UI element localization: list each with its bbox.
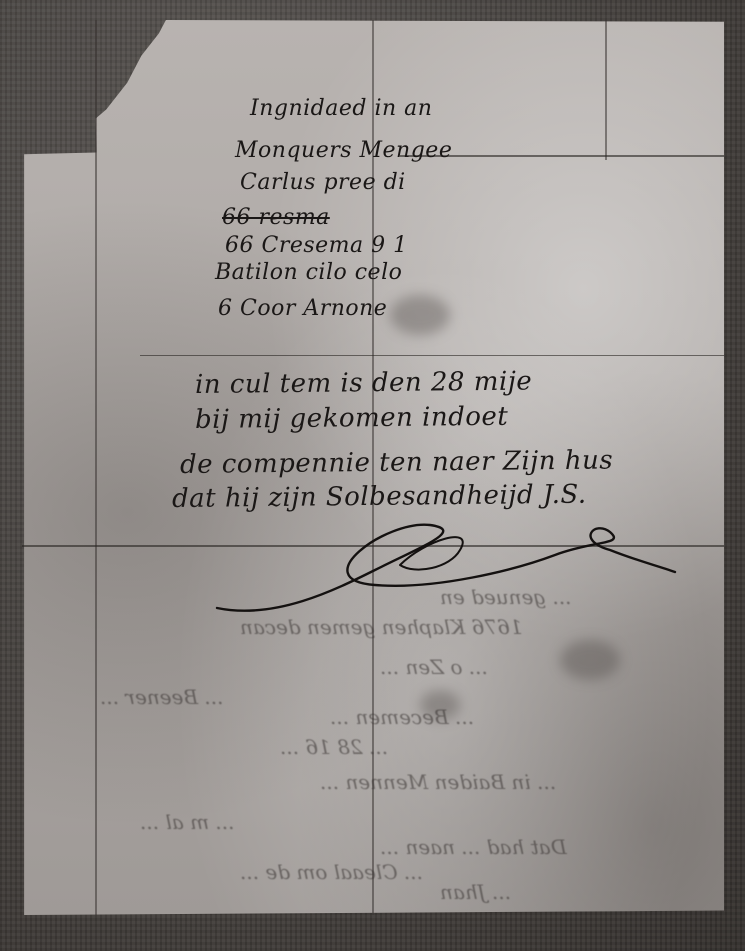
fold-line-vertical-right (605, 20, 607, 160)
handwritten-line: Batilon cilo celo (215, 260, 402, 285)
signature-flourish-icon (215, 520, 685, 630)
fold-line-vertical-left (95, 20, 97, 915)
handwritten-line: de compennie ten naer Zijn hus (180, 445, 613, 480)
handwritten-line-struck: 66 resma (222, 205, 330, 230)
ink-stain (560, 640, 620, 680)
ink-stain (390, 295, 450, 335)
ruled-line-divider (140, 355, 724, 356)
handwritten-line: bij mij gekomen indoet (195, 402, 509, 435)
handwritten-line: in cul tem is den 28 mije (195, 366, 532, 400)
handwritten-line: 66 Cresema 9 1 (225, 233, 408, 258)
handwritten-line: Monquers Mengee (235, 138, 452, 163)
handwritten-line: Ingnidaed in an (250, 96, 432, 121)
handwritten-line: 6 Coor Arnone (218, 296, 387, 321)
handwritten-line: dat hij zijn Solbesandheijd J.S. (172, 480, 587, 514)
handwritten-line: Carlus pree di (240, 170, 406, 195)
